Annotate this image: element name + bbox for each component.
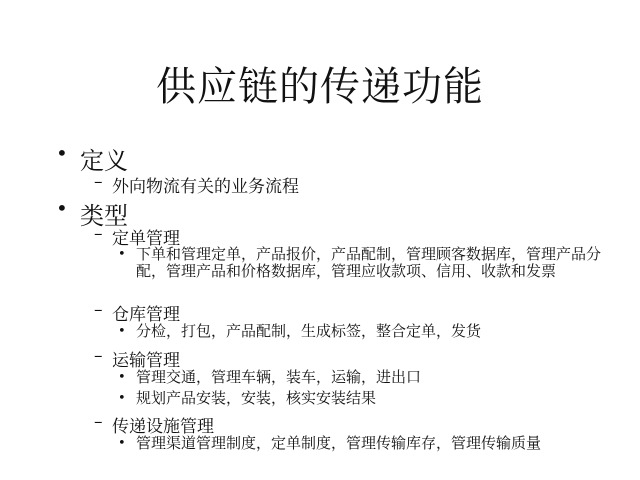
dash-icon: –	[94, 172, 103, 192]
dash-icon: –	[94, 224, 103, 244]
detail-text: 下单和管理定单，产品报价，产品配制，管理顾客数据库，管理产品分配，管理产品和价格…	[136, 246, 606, 280]
detail-text: 规划产品安装，安装，核实安装结果	[136, 390, 606, 407]
sub-item-label: 外向物流有关的业务流程	[112, 172, 299, 197]
dash-icon: –	[94, 346, 103, 366]
bullet-icon: •	[118, 246, 126, 263]
bullet-icon: •	[56, 196, 68, 220]
dash-icon: –	[94, 412, 103, 432]
bullet-icon: •	[118, 323, 126, 340]
bullet-icon: •	[118, 390, 126, 407]
bullet-icon: •	[56, 141, 68, 165]
dash-icon: –	[94, 300, 103, 320]
section-label: 定义	[80, 141, 128, 176]
bullet-icon: •	[118, 369, 126, 386]
slide-title: 供应链的传递功能	[0, 55, 640, 112]
detail-text: 管理交通，管理车辆，装车，运输，进出口	[136, 369, 606, 386]
detail-text: 分检，打包，产品配制，生成标签，整合定单，发货	[136, 323, 606, 340]
detail-text: 管理渠道管理制度，定单制度，管理传输库存，管理传输质量	[136, 435, 606, 452]
bullet-icon: •	[118, 435, 126, 452]
